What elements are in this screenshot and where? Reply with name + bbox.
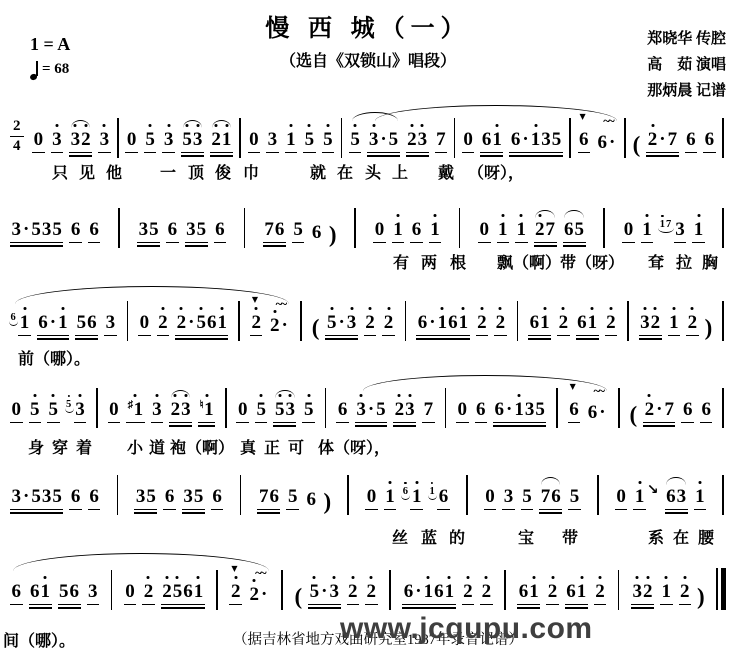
measure: (5·322 bbox=[312, 313, 395, 336]
measure: 022561 bbox=[124, 582, 205, 605]
note-digit: 5 bbox=[30, 400, 41, 420]
lyric: 他 bbox=[106, 160, 122, 183]
barline bbox=[405, 301, 407, 341]
credit-line: 郑晓华 传腔 bbox=[647, 26, 726, 52]
note-digit: 1 bbox=[458, 313, 469, 333]
note-group: ▼2 bbox=[250, 313, 263, 336]
note-digit: 0 bbox=[109, 400, 120, 420]
note-group: 3·535 bbox=[10, 487, 63, 510]
measure: 356356 bbox=[134, 487, 223, 510]
note-digit: 2 bbox=[463, 582, 474, 602]
note-group: 5 bbox=[29, 400, 42, 423]
note-chars: 2 bbox=[679, 582, 692, 605]
note-group: 5·3 bbox=[325, 313, 357, 336]
measure: 022·561 bbox=[138, 313, 228, 336]
note-digit: 5 bbox=[52, 220, 63, 240]
note-digit: 7 bbox=[264, 220, 275, 240]
measure: 066·135 bbox=[456, 400, 546, 423]
barline bbox=[504, 570, 506, 610]
note-group: 0 bbox=[478, 220, 491, 243]
note-chars: 1 bbox=[633, 487, 646, 510]
note-group: 53 bbox=[273, 400, 296, 423]
final-barline bbox=[716, 568, 726, 610]
barline bbox=[216, 570, 218, 610]
barline bbox=[603, 208, 605, 248]
slide-down-icon: ↘ bbox=[647, 482, 659, 498]
note-chars: 32 bbox=[639, 313, 662, 336]
note-digit: 3 bbox=[181, 400, 192, 420]
note-group: 2 bbox=[594, 582, 607, 605]
note-group: ~~2· bbox=[248, 585, 270, 605]
note-digit: 5 bbox=[304, 130, 315, 150]
note-group: 2·7 bbox=[643, 400, 675, 423]
note-digit: 2 bbox=[687, 313, 698, 333]
note-chars: 0 bbox=[32, 130, 45, 153]
note-chars: 6 bbox=[681, 400, 694, 423]
note-digit: 6 bbox=[566, 582, 577, 602]
note-chars: 2 bbox=[229, 582, 242, 605]
note-digit: 6 bbox=[411, 220, 422, 240]
barline bbox=[96, 388, 98, 428]
note-digit: 6 bbox=[417, 313, 428, 333]
note-group: 23 bbox=[393, 400, 416, 423]
note-chars: 56 bbox=[75, 313, 98, 336]
note-digit: 5 bbox=[323, 130, 334, 150]
note-group: 0 bbox=[10, 400, 23, 423]
note-group: 3 bbox=[151, 400, 164, 423]
note-group: 2·561 bbox=[175, 313, 228, 336]
note-chars: 61 bbox=[480, 130, 503, 153]
note-group: 0 bbox=[615, 487, 628, 510]
note-digit: 3 bbox=[417, 130, 428, 150]
time-signature-bottom: 4 bbox=[10, 137, 24, 155]
barline bbox=[597, 475, 599, 515]
note-chars: 2 bbox=[686, 313, 699, 336]
notes-row: 240332305353210315553·52370616·135▼6~~6·… bbox=[10, 118, 726, 153]
note-digit: 2 bbox=[680, 582, 691, 602]
note-group: 0 bbox=[365, 487, 378, 510]
note-group: 6 bbox=[88, 487, 101, 510]
note-digit: 3 bbox=[135, 487, 146, 507]
note-digit: 1 bbox=[634, 487, 645, 507]
note-digit: 6 bbox=[274, 220, 285, 240]
note-digit: 3 bbox=[138, 220, 149, 240]
note-chars: 1 bbox=[660, 582, 673, 605]
note-digit: 1 bbox=[693, 220, 704, 240]
note-digit: 2 bbox=[535, 220, 546, 240]
note-chars: 2 bbox=[364, 313, 377, 336]
note-group: ♮1 bbox=[198, 400, 215, 423]
barline bbox=[569, 118, 571, 158]
note-digit: 3 bbox=[632, 582, 643, 602]
measure: 612612 bbox=[517, 582, 606, 605]
system-line-4: 055530♯1323♮10553563·5237066·135▼6~~6·(2… bbox=[10, 370, 726, 456]
note-group: 5 bbox=[521, 487, 534, 510]
note-group: 1 bbox=[384, 487, 397, 510]
note-digit: 1 bbox=[514, 400, 525, 420]
note-digit: 3 bbox=[192, 130, 203, 150]
note-digit: 3 bbox=[41, 220, 52, 240]
note-group: 1 bbox=[692, 220, 705, 243]
lyric: （呀）， bbox=[468, 160, 524, 183]
note-digit: 2 bbox=[249, 585, 260, 605]
note-group: 6 bbox=[681, 400, 694, 423]
note-digit: 6 bbox=[518, 582, 529, 602]
note-digit: 0 bbox=[485, 487, 496, 507]
note-digit: 6 bbox=[587, 403, 598, 423]
note-chars: 0 bbox=[10, 400, 23, 423]
lyric: 道 bbox=[149, 435, 165, 458]
note-chars: 6 bbox=[336, 400, 349, 423]
note-chars: 3 bbox=[151, 400, 164, 423]
note-chars: 1 bbox=[392, 220, 405, 243]
notes-row: 3·535663563567656)01610112765011731 bbox=[10, 208, 726, 243]
note-chars: 56 bbox=[58, 582, 81, 605]
note-digit: 7 bbox=[258, 487, 269, 507]
note-chars: 63 bbox=[665, 487, 688, 510]
note-digit: 6 bbox=[183, 582, 194, 602]
note-group: 0 bbox=[32, 130, 45, 153]
note-chars: 5 bbox=[349, 130, 362, 153]
note-group: 61 bbox=[565, 582, 588, 605]
note-chars: 5 bbox=[255, 400, 268, 423]
note-digit: 6 bbox=[476, 400, 487, 420]
lyric: 飘（啊） bbox=[497, 250, 561, 273]
note-digit: 2 bbox=[230, 582, 241, 602]
note-chars: 6 bbox=[166, 220, 179, 243]
note-digit: 2 bbox=[81, 130, 92, 150]
note-group: 1 bbox=[285, 130, 298, 153]
note-group: 2 bbox=[364, 313, 377, 336]
note-digit: 3 bbox=[541, 130, 552, 150]
note-digit: 1 bbox=[430, 220, 441, 240]
note-chars: 3·535 bbox=[10, 220, 63, 243]
note-digit: 1 bbox=[437, 313, 448, 333]
notes-row: 055530♯1323♮10553563·5237066·135▼6~~6·(2… bbox=[10, 388, 726, 423]
lyric: 身 bbox=[28, 435, 44, 458]
note-digit: 2 bbox=[176, 313, 187, 333]
note-group: 2·7 bbox=[646, 130, 678, 153]
note-group: 2 bbox=[476, 313, 489, 336]
note-digit: 0 bbox=[237, 400, 248, 420]
note-digit: 2 bbox=[158, 313, 169, 333]
note-group: 1 bbox=[641, 220, 654, 243]
note-group: 6·1 bbox=[37, 313, 69, 336]
note-digit: 1 bbox=[444, 582, 455, 602]
slur bbox=[375, 105, 616, 121]
measure: 7656) bbox=[257, 487, 331, 510]
note-group: 0 bbox=[236, 400, 249, 423]
note-digit: 6 bbox=[434, 582, 445, 602]
note-digit: 2 bbox=[366, 582, 377, 602]
note-digit: 2 bbox=[595, 582, 606, 602]
note-digit: 6 bbox=[70, 487, 81, 507]
note-digit: 6 bbox=[38, 313, 49, 333]
note-group: 1 bbox=[515, 220, 528, 243]
note-digit: 6 bbox=[597, 133, 608, 153]
note-group: 0 bbox=[125, 130, 138, 153]
note-digit: 1 bbox=[411, 487, 422, 507]
note-chars: 2 bbox=[157, 313, 170, 336]
note-group: 2 bbox=[157, 313, 170, 336]
barline bbox=[117, 475, 119, 515]
note-chars: ♯1 bbox=[126, 400, 145, 423]
note-group: 6 bbox=[88, 220, 101, 243]
note-chars: 27 bbox=[534, 220, 557, 243]
note-digit: 1 bbox=[40, 582, 51, 602]
note-digit: 6 bbox=[666, 487, 677, 507]
note-digit: 6 bbox=[89, 220, 100, 240]
note-digit: 0 bbox=[374, 220, 385, 240]
note-group: 2 bbox=[347, 582, 360, 605]
note-digit: 2 bbox=[348, 582, 359, 602]
time-signature: 24 bbox=[10, 118, 24, 154]
barline bbox=[225, 388, 227, 428]
note-group: 61 bbox=[528, 313, 551, 336]
note-digit: 2 bbox=[251, 313, 262, 333]
measure: 0161 bbox=[373, 220, 441, 243]
note-chars: 65 bbox=[563, 220, 586, 243]
note-group: ▼2 bbox=[229, 582, 242, 605]
note-digit: 6 bbox=[577, 313, 588, 333]
barline bbox=[117, 118, 119, 158]
note-group: 2 bbox=[686, 313, 699, 336]
note-group: 5 bbox=[322, 130, 335, 153]
note-group: 32 bbox=[639, 313, 662, 336]
note-group: 0 bbox=[373, 220, 386, 243]
note-digit: 0 bbox=[616, 487, 627, 507]
barline bbox=[389, 570, 391, 610]
note-digit: 2 bbox=[407, 130, 418, 150]
measure: 53·5237 bbox=[349, 130, 447, 153]
note-digit: 0 bbox=[457, 400, 468, 420]
note-digit: 1 bbox=[58, 313, 69, 333]
note-group: 2 bbox=[679, 582, 692, 605]
note-digit: 2 bbox=[643, 582, 654, 602]
note-group: 0 bbox=[108, 400, 121, 423]
note-digit: 3 bbox=[88, 582, 99, 602]
lyric: 穿 bbox=[52, 435, 68, 458]
note-chars: 5 bbox=[47, 400, 60, 423]
note-chars: 1 bbox=[641, 220, 654, 243]
note-group: 3 bbox=[162, 130, 175, 153]
note-digit: 6 bbox=[269, 487, 280, 507]
note-digit: 5 bbox=[309, 582, 320, 602]
note-group: 6·135 bbox=[509, 130, 562, 153]
note-digit: 6 bbox=[69, 582, 80, 602]
note-digit: 7 bbox=[540, 487, 551, 507]
note-group: 53 bbox=[181, 130, 204, 153]
note-digit: 1 bbox=[669, 313, 680, 333]
note-group: 6 bbox=[475, 400, 488, 423]
note-chars: 35 bbox=[137, 220, 160, 243]
parenthesis: ) bbox=[697, 585, 705, 608]
note-group: ▼6 bbox=[578, 130, 591, 153]
note-digit: 5 bbox=[376, 400, 387, 420]
note-chars: 6·135 bbox=[493, 400, 546, 423]
measure: 016116 bbox=[365, 487, 450, 510]
note-digit: 2 bbox=[495, 313, 506, 333]
note-digit: 6 bbox=[70, 220, 81, 240]
note-group: 61 bbox=[480, 130, 503, 153]
note-chars: 5 bbox=[144, 130, 157, 153]
lyric: 腰 bbox=[698, 525, 714, 548]
lyric: 胸 bbox=[702, 250, 718, 273]
note-digit: 5 bbox=[535, 400, 546, 420]
note-digit: 6 bbox=[704, 130, 715, 150]
parenthesis: ( bbox=[295, 585, 303, 608]
measure: 3·53566 bbox=[10, 220, 100, 243]
augmentation-dot: · bbox=[22, 487, 31, 507]
note-chars: 5 bbox=[302, 400, 315, 423]
note-digit: 3 bbox=[676, 487, 687, 507]
note-group: 61 bbox=[29, 582, 52, 605]
augmentation-dot: · bbox=[187, 313, 196, 333]
note-chars: 2 bbox=[476, 313, 489, 336]
note-digit: 5 bbox=[182, 130, 193, 150]
note-group: 6 bbox=[310, 223, 323, 243]
note-group: 76 bbox=[257, 487, 280, 510]
notes-row: 661563022561▼2~~2·(5·3226·16122612612321… bbox=[10, 568, 726, 605]
note-group: 5 bbox=[255, 400, 268, 423]
note-chars: 2· bbox=[268, 316, 290, 336]
augmentation-dot: · bbox=[658, 130, 667, 150]
measure: 3212) bbox=[639, 313, 713, 336]
note-chars: 6 bbox=[69, 220, 82, 243]
note-digit: 6 bbox=[494, 400, 505, 420]
lyric: 上 bbox=[392, 160, 408, 183]
augmentation-dot: · bbox=[379, 130, 388, 150]
note-digit: 5 bbox=[350, 130, 361, 150]
note-digit: 6 bbox=[686, 130, 697, 150]
note-digit: 1 bbox=[576, 582, 587, 602]
measure: 7656) bbox=[263, 220, 337, 243]
note-group: ~~2· bbox=[268, 316, 290, 336]
note-chars: 6·1 bbox=[37, 313, 69, 336]
lyric: 两 bbox=[421, 250, 437, 273]
note-group: 6 bbox=[163, 487, 176, 510]
measure: 01↘631 bbox=[615, 487, 706, 510]
barline bbox=[454, 118, 456, 158]
note-digit: 1 bbox=[492, 130, 503, 150]
note-digit: 6 bbox=[89, 487, 100, 507]
note-digit: 3 bbox=[329, 582, 340, 602]
note-group: 2 bbox=[494, 313, 507, 336]
measure: 03155 bbox=[248, 130, 335, 153]
note-chars: 0 bbox=[456, 400, 469, 423]
barline bbox=[354, 208, 356, 248]
note-digit: 2 bbox=[143, 582, 154, 602]
note-digit: 3 bbox=[41, 487, 52, 507]
barline bbox=[239, 118, 241, 158]
measure: 05535 bbox=[236, 400, 315, 423]
note-chars: 23 bbox=[169, 400, 192, 423]
slur bbox=[15, 286, 289, 304]
note-chars: 5·3 bbox=[308, 582, 340, 605]
note-digit: ♯1 bbox=[127, 400, 144, 420]
note-digit: 5 bbox=[196, 220, 207, 240]
note-digit: 6 bbox=[551, 487, 562, 507]
barline bbox=[300, 301, 302, 341]
note-group: 23 bbox=[169, 400, 192, 423]
note-group: 2 bbox=[546, 582, 559, 605]
measure: 0616·135 bbox=[462, 130, 563, 153]
note-group: 0 bbox=[248, 130, 261, 153]
note-chars: 0 bbox=[462, 130, 475, 153]
grace-note: 6 bbox=[10, 312, 16, 323]
slur bbox=[363, 375, 607, 391]
note-chars: 5 bbox=[521, 487, 534, 510]
grace-note: 6 bbox=[402, 486, 408, 497]
note-group: 27 bbox=[534, 220, 557, 243]
note-chars: 6·135 bbox=[509, 130, 562, 153]
augmentation-dot: · bbox=[655, 400, 664, 420]
barline bbox=[722, 118, 724, 158]
note-group: 21 bbox=[210, 130, 233, 153]
note-digit: 5 bbox=[193, 487, 204, 507]
note-group: 5 bbox=[47, 400, 60, 423]
note-digit: 2 bbox=[547, 582, 558, 602]
note-digit: 5 bbox=[48, 400, 59, 420]
note-chars: 0 bbox=[365, 487, 378, 510]
lyric: 有 bbox=[393, 250, 409, 273]
note-group: 6 bbox=[685, 130, 698, 153]
barline bbox=[347, 475, 349, 515]
note-chars: 2 bbox=[142, 582, 155, 605]
note-group: 16 bbox=[429, 487, 450, 510]
note-chars: 3 bbox=[98, 130, 111, 153]
note-digit: 3 bbox=[186, 220, 197, 240]
parenthesis: ) bbox=[705, 316, 713, 339]
lyric: 带（呀） bbox=[560, 250, 624, 273]
note-chars: 6 bbox=[568, 400, 581, 423]
note-group: 7 bbox=[422, 400, 435, 423]
note-digit: 1 bbox=[429, 486, 435, 497]
note-digit: 2 bbox=[606, 313, 617, 333]
lyric: 巾 bbox=[243, 160, 259, 183]
note-chars: 6 bbox=[163, 487, 176, 510]
note-chars: 6· bbox=[596, 133, 618, 153]
note-group: 6 bbox=[214, 220, 227, 243]
note-chars: 0 bbox=[373, 220, 386, 243]
note-chars: 5 bbox=[568, 487, 581, 510]
note-group: 2 bbox=[480, 582, 493, 605]
note-digit: 3 bbox=[368, 130, 379, 150]
note-group: 0 bbox=[456, 400, 469, 423]
measure: (2·766 bbox=[629, 400, 712, 423]
measure: ▼6~~6· bbox=[568, 400, 608, 423]
note-digit: 6 bbox=[11, 582, 22, 602]
note-chars: 3 bbox=[51, 130, 64, 153]
note-digit: 6 bbox=[403, 582, 414, 602]
note-group: 2 bbox=[365, 582, 378, 605]
lyric: 可 bbox=[288, 435, 304, 458]
note-digit: 6 bbox=[510, 130, 521, 150]
note-digit: 1 bbox=[540, 313, 551, 333]
note-chars: 6 bbox=[410, 220, 423, 243]
note-group: 1 bbox=[429, 220, 442, 243]
note-group: 63 bbox=[665, 487, 688, 510]
note-group: 3·5 bbox=[367, 130, 399, 153]
grace-note: 5 bbox=[66, 399, 72, 410]
note-chars: 61 bbox=[528, 313, 551, 336]
note-chars: 0 bbox=[108, 400, 121, 423]
note-digit: ♮1 bbox=[199, 400, 214, 420]
note-chars: 6 bbox=[69, 487, 82, 510]
measure: 3·53566 bbox=[10, 487, 100, 510]
lyric: 丝 bbox=[392, 525, 408, 548]
note-chars: 6 bbox=[88, 487, 101, 510]
